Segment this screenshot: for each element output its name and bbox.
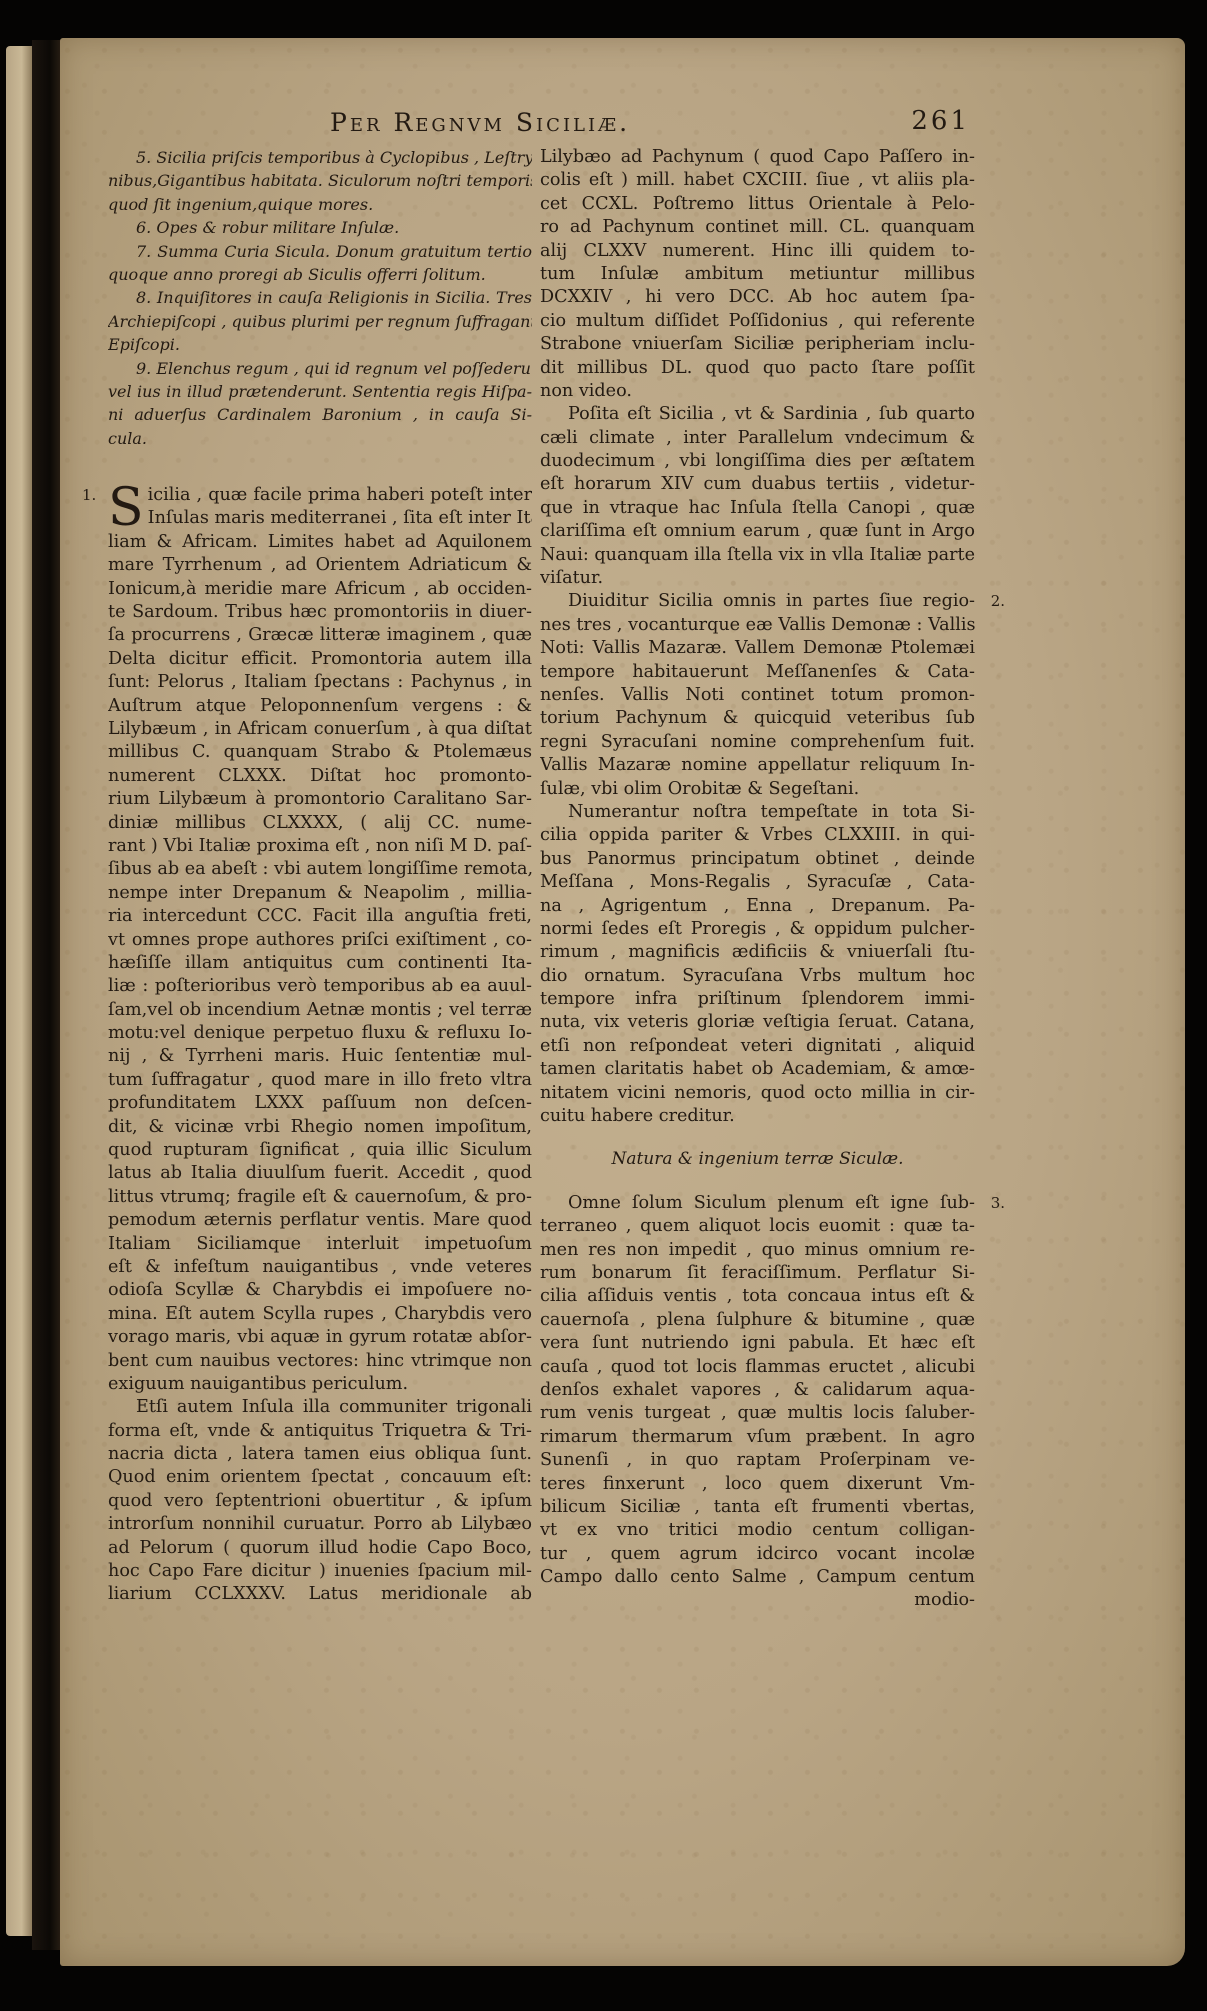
paragraph-regions: 2. Diuiditur Sicilia omnis in partes ſiu…: [540, 590, 975, 801]
text-line: icilia , quæ facile prima haberi poteſt …: [148, 484, 532, 507]
text-line: vorago maris, vbi aquæ in gyrum rotatæ a…: [108, 1326, 532, 1349]
summary-line: vel ius in illud prætenderunt. Sententia…: [108, 380, 532, 403]
text-line: bilicum Siciliæ , tanta eſt frumenti vbe…: [540, 1496, 975, 1519]
text-line: ſa procurrens , Græcæ litteræ imaginem ,…: [108, 624, 532, 647]
paragraph-cities: Numerantur noſtra tempeſtate in tota Si-…: [540, 801, 975, 1128]
text-line: nuta, vix veteris gloriæ veſtigia ſeruat…: [540, 1011, 975, 1034]
paragraph-continued: Lilybæo ad Pachynum ( quod Capo Paſſero …: [540, 146, 975, 403]
text-line: ſibus ab ea abeſt : vbi autem longiſſime…: [108, 858, 532, 881]
text-line: liæ : poſterioribus verò temporibus ab e…: [108, 975, 532, 998]
text-line: bus Panormus principatum obtinet , deind…: [540, 848, 975, 871]
margin-number: 2.: [991, 590, 1005, 613]
text-line: non video.: [540, 380, 975, 403]
text-line: DCXXIV , hi vero DCC. Ab hoc autem ſpa-: [540, 286, 975, 309]
text-line: tamen claritatis habet ob Academiam, & a…: [540, 1058, 975, 1081]
text-line: introrſum nonnihil curuatur. Porro ab Li…: [108, 1513, 532, 1536]
text-line: Strabone vniuerſam Siciliæ peripheriam i…: [540, 333, 975, 356]
text-line: dio ornatum. Syracuſana Vrbs multum hoc: [540, 965, 975, 988]
summary-line: nibus,Gigantibus habitata. Siculorum noſ…: [108, 169, 532, 192]
text-line: Sunenſi , in quo raptam Proſerpinam ve-: [540, 1449, 975, 1472]
text-line: vt omnes prope authores priſci exiſtimen…: [108, 929, 532, 952]
text-line: cæli climate , inter Parallelum vndecimu…: [540, 427, 975, 450]
chapter-summary: 5. Sicilia priſcis temporibus à Cyclopib…: [108, 146, 532, 450]
text-line: Etſi autem Inſula illa communiter trigon…: [108, 1396, 532, 1419]
text-line: rum venis turgeat , quæ multis locis ſal…: [540, 1402, 975, 1425]
text-line: regni Syracuſani nomine comprehenſum fui…: [540, 731, 975, 754]
summary-line: 5. Sicilia priſcis temporibus à Cyclopib…: [108, 146, 532, 169]
text-line: cio multum diſſidet Poſſidonius , qui re…: [540, 310, 975, 333]
summary-line: quod ſit ingenium,quique mores.: [108, 193, 532, 216]
text-line: Ionicum,à meridie mare Africum , ab occi…: [108, 578, 532, 601]
text-line: normi ſedes eſt Proregis , & oppidum pul…: [540, 918, 975, 941]
summary-line: 8. Inquiſitores in cauſa Religionis in S…: [108, 286, 532, 309]
text-line: rimarum thermarum vſum præbent. In agro: [540, 1426, 975, 1449]
text-line: latus ab Italia diuulſum fuerit. Accedit…: [108, 1162, 532, 1185]
text-line: tempore habitauerunt Meſſanenſes & Cata-: [540, 661, 975, 684]
text-line: denſos exhalet vapores , & calidarum aqu…: [540, 1379, 975, 1402]
text-line: viſatur.: [540, 567, 975, 590]
section-heading: Natura & ingenium terræ Siculæ.: [540, 1148, 975, 1171]
text-line: Diuiditur Sicilia omnis in partes ſiue r…: [540, 590, 975, 613]
book-gutter: [32, 40, 62, 1950]
text-line: eſt & infeſtum nauigantibus , vnde veter…: [108, 1256, 532, 1279]
text-line: cilia oppida pariter & Vrbes CLXXIII. in…: [540, 824, 975, 847]
text-line: dit, & vicinæ vrbi Rhegio nomen impoſitu…: [108, 1116, 532, 1139]
text-line: na , Agrigentum , Enna , Drepanum. Pa-: [540, 895, 975, 918]
text-line: millibus C. quanquam Strabo & Ptolemæus: [108, 741, 532, 764]
text-line: vera ſunt nutriendo igni pabula. Et hæc …: [540, 1332, 975, 1355]
text-line: mina. Eſt autem Scylla rupes , Charybdis…: [108, 1303, 532, 1326]
text-line: littus vtrumq; fragile eſt & cauernoſum,…: [108, 1186, 532, 1209]
paragraph-climate: Poſita eſt Sicilia , vt & Sardinia , ſub…: [540, 403, 975, 590]
text-line: nenſes. Vallis Noti continet totum promo…: [540, 684, 975, 707]
text-line: rum bonarum ſit feraciſſimum. Perflatur …: [540, 1262, 975, 1285]
text-line: Quod enim orientem ſpectat , concauum eſ…: [108, 1466, 532, 1489]
text-line: colis eſt ) mill. habet CXCIII. ſiue , v…: [540, 169, 975, 192]
text-line: que in vtraque hac Inſula ſtella Canopi …: [540, 497, 975, 520]
margin-number: 1.: [82, 484, 96, 507]
text-line: Lilybæum , in Africam conuerſum , à qua …: [108, 718, 532, 741]
text-line: Auſtrum atque Peloponnenſum vergens : &: [108, 695, 532, 718]
text-line: liam & Africam. Limites habet ad Aquilon…: [108, 531, 532, 554]
text-line: cuitu habere creditur.: [540, 1105, 975, 1128]
catchword: modio-: [540, 1589, 975, 1612]
text-line: hoc Capo Fare dicitur ) inuenies ſpacium…: [108, 1560, 532, 1583]
text-line: men res non impedit , quo minus omnium r…: [540, 1239, 975, 1262]
text-line: tum ſuffragatur , quod mare in illo fret…: [108, 1069, 532, 1092]
text-line: quod rupturam ſignificat , quia illic Si…: [108, 1139, 532, 1162]
text-line: rium Lilybæum à promontorio Caralitano S…: [108, 788, 532, 811]
left-column: 5. Sicilia priſcis temporibus à Cyclopib…: [108, 146, 532, 1607]
text-line: ro ad Pachynum continet mill. CL. quanqu…: [540, 216, 975, 239]
text-line: liarium CCLXXXV. Latus meridionale ab: [108, 1583, 532, 1606]
text-line: nitatem vicini nemoris, quod octo millia…: [540, 1082, 975, 1105]
text-line: forma eſt, vnde & antiquitus Triquetra &…: [108, 1420, 532, 1443]
summary-line: Epiſcopi.: [108, 333, 532, 356]
text-line: duodecimum , vbi longiſſima dies per æſt…: [540, 450, 975, 473]
paragraph-1: 1. S icilia , quæ facile prima haberi po…: [108, 484, 532, 1396]
text-line: pemodum æternis perflatur ventis. Mare q…: [108, 1209, 532, 1232]
running-head-title: Per Regnvm Siciliæ.: [330, 108, 630, 137]
text-line: diniæ millibus CLXXXX, ( alij CC. nume-: [108, 812, 532, 835]
text-line: Meſſana , Mons-Regalis , Syracuſæ , Cata…: [540, 871, 975, 894]
text-line: Naui: quanquam illa ſtella vix in vlla I…: [540, 544, 975, 567]
text-line: ria intercedunt CCC. Facit illa anguſtia…: [108, 905, 532, 928]
page-number: 261: [911, 106, 970, 136]
text-line: tur , quem agrum idcirco vocant incolæ: [540, 1543, 975, 1566]
text-line: alij CLXXV numerent. Hinc illi quidem to…: [540, 240, 975, 263]
text-line: ad Pelorum ( quorum illud hodie Capo Boc…: [108, 1537, 532, 1560]
text-line: rimum , magnificis ædificiis & vniuerſal…: [540, 941, 975, 964]
text-line: nes tres , vocanturque eæ Vallis Demonæ …: [540, 614, 975, 637]
text-line: clariſſima eſt omnium earum , quæ ſunt i…: [540, 520, 975, 543]
text-line: eſt horarum XIV cum duabus tertiis , vid…: [540, 473, 975, 496]
text-line: te Sardoum. Tribus hæc promontoriis in d…: [108, 601, 532, 624]
text-line: motu:vel denique perpetuo fluxu & reflux…: [108, 1022, 532, 1045]
text-line: mare Tyrrhenum , ad Orientem Adriaticum …: [108, 554, 532, 577]
text-line: hæſiſſe illam antiquitus cum continenti …: [108, 952, 532, 975]
text-line: teres finxerunt , loco quem dixerunt Vm-: [540, 1473, 975, 1496]
text-line: nij , & Tyrrheni maris. Huic ſententiæ m…: [108, 1045, 532, 1068]
text-line: bent cum nauibus vectores: hinc vtrimque…: [108, 1350, 532, 1373]
text-line: Poſita eſt Sicilia , vt & Sardinia , ſub…: [540, 403, 975, 426]
text-line: Noti: Vallis Mazaræ. Vallem Demonæ Ptole…: [540, 637, 975, 660]
text-line: Numerantur noſtra tempeſtate in tota Si-: [540, 801, 975, 824]
text-line: ſam,vel ob incendium Aetnæ montis ; vel …: [108, 999, 532, 1022]
text-line: Lilybæo ad Pachynum ( quod Capo Paſſero …: [540, 146, 975, 169]
text-line: tempore infra priſtinum ſplendorem immi-: [540, 988, 975, 1011]
summary-line: quoque anno proregi ab Siculis offerri ſ…: [108, 263, 532, 286]
drop-cap: S: [108, 486, 144, 530]
text-line: quod vero ſeptentrioni obuertitur , & ip…: [108, 1490, 532, 1513]
summary-line: 9. Elenchus regum , qui id regnum vel po…: [108, 357, 532, 380]
text-line: dit millibus DL. quod quo pacto ſtare po…: [540, 357, 975, 380]
text-line: nempe inter Drepanum & Neapolim , millia…: [108, 882, 532, 905]
text-line: numerent CLXXX. Diſtat hoc promonto-: [108, 765, 532, 788]
paragraph-nature: 3. Omne ſolum Siculum plenum eſt igne ſu…: [540, 1192, 975, 1613]
text-line: Inſulas maris mediterranei , ſita eſt in…: [148, 507, 532, 530]
text-line: rant ) Vbi Italiæ proxima eſt , non niſi…: [108, 835, 532, 858]
text-line: ſunt: Pelorus , Italiam ſpectans : Pachy…: [108, 671, 532, 694]
summary-line: cula.: [108, 427, 532, 450]
text-line: ſulæ, vbi olim Orobitæ & Segeſtani.: [540, 778, 975, 801]
text-line: cet CCXL. Poſtremo littus Orientale à Pe…: [540, 193, 975, 216]
text-line: cauernoſa , plena ſulphure & bitumine , …: [540, 1309, 975, 1332]
text-line: vt ex vno tritici modio centum colligan-: [540, 1519, 975, 1542]
text-line: etſi non reſpondeat veteri dignitati , a…: [540, 1035, 975, 1058]
text-line: Italiam Siciliamque interluit impetuoſum: [108, 1233, 532, 1256]
text-line: Vallis Mazaræ nomine appellatur reliquum…: [540, 754, 975, 777]
margin-number: 3.: [991, 1192, 1005, 1215]
text-line: Delta dicitur efficit. Promontoria autem…: [108, 648, 532, 671]
text-line: terraneo , quem aliquot locis euomit : q…: [540, 1215, 975, 1238]
previous-page-edge: [6, 46, 32, 1936]
summary-line: 7. Summa Curia Sicula. Donum gratuitum t…: [108, 240, 532, 263]
text-line: nacria dicta , latera tamen eius obliqua…: [108, 1443, 532, 1466]
text-line: odioſa Scyllæ & Charybdis ei impoſuere n…: [108, 1279, 532, 1302]
running-head: Per Regnvm Siciliæ. 261: [330, 104, 1000, 144]
text-line: cilia aſſiduis ventis , tota concaua int…: [540, 1285, 975, 1308]
text-line: torium Pachynum & quicquid veteribus ſub: [540, 707, 975, 730]
text-line: tum Inſulæ ambitum metiuntur millibus: [540, 263, 975, 286]
text-line: Omne ſolum Siculum plenum eſt igne ſub-: [540, 1192, 975, 1215]
text-line: Campo dallo cento Salme , Campum centum: [540, 1566, 975, 1589]
text-line: cauſa , quod tot locis flammas eructet ,…: [540, 1356, 975, 1379]
summary-line: Archiepiſcopi , quibus plurimi per regnu…: [108, 310, 532, 333]
text-line: profunditatem LXXX paſſuum non deſcen-: [108, 1092, 532, 1115]
summary-line: 6. Opes & robur militare Inſulæ.: [108, 216, 532, 239]
right-column: Lilybæo ad Pachynum ( quod Capo Paſſero …: [540, 146, 975, 1613]
text-line: exiguum nauigantibus periculum.: [108, 1373, 532, 1396]
paragraph-2: Etſi autem Inſula illa communiter trigon…: [108, 1396, 532, 1607]
summary-line: ni aduerſus Cardinalem Baronium , in cau…: [108, 403, 532, 426]
